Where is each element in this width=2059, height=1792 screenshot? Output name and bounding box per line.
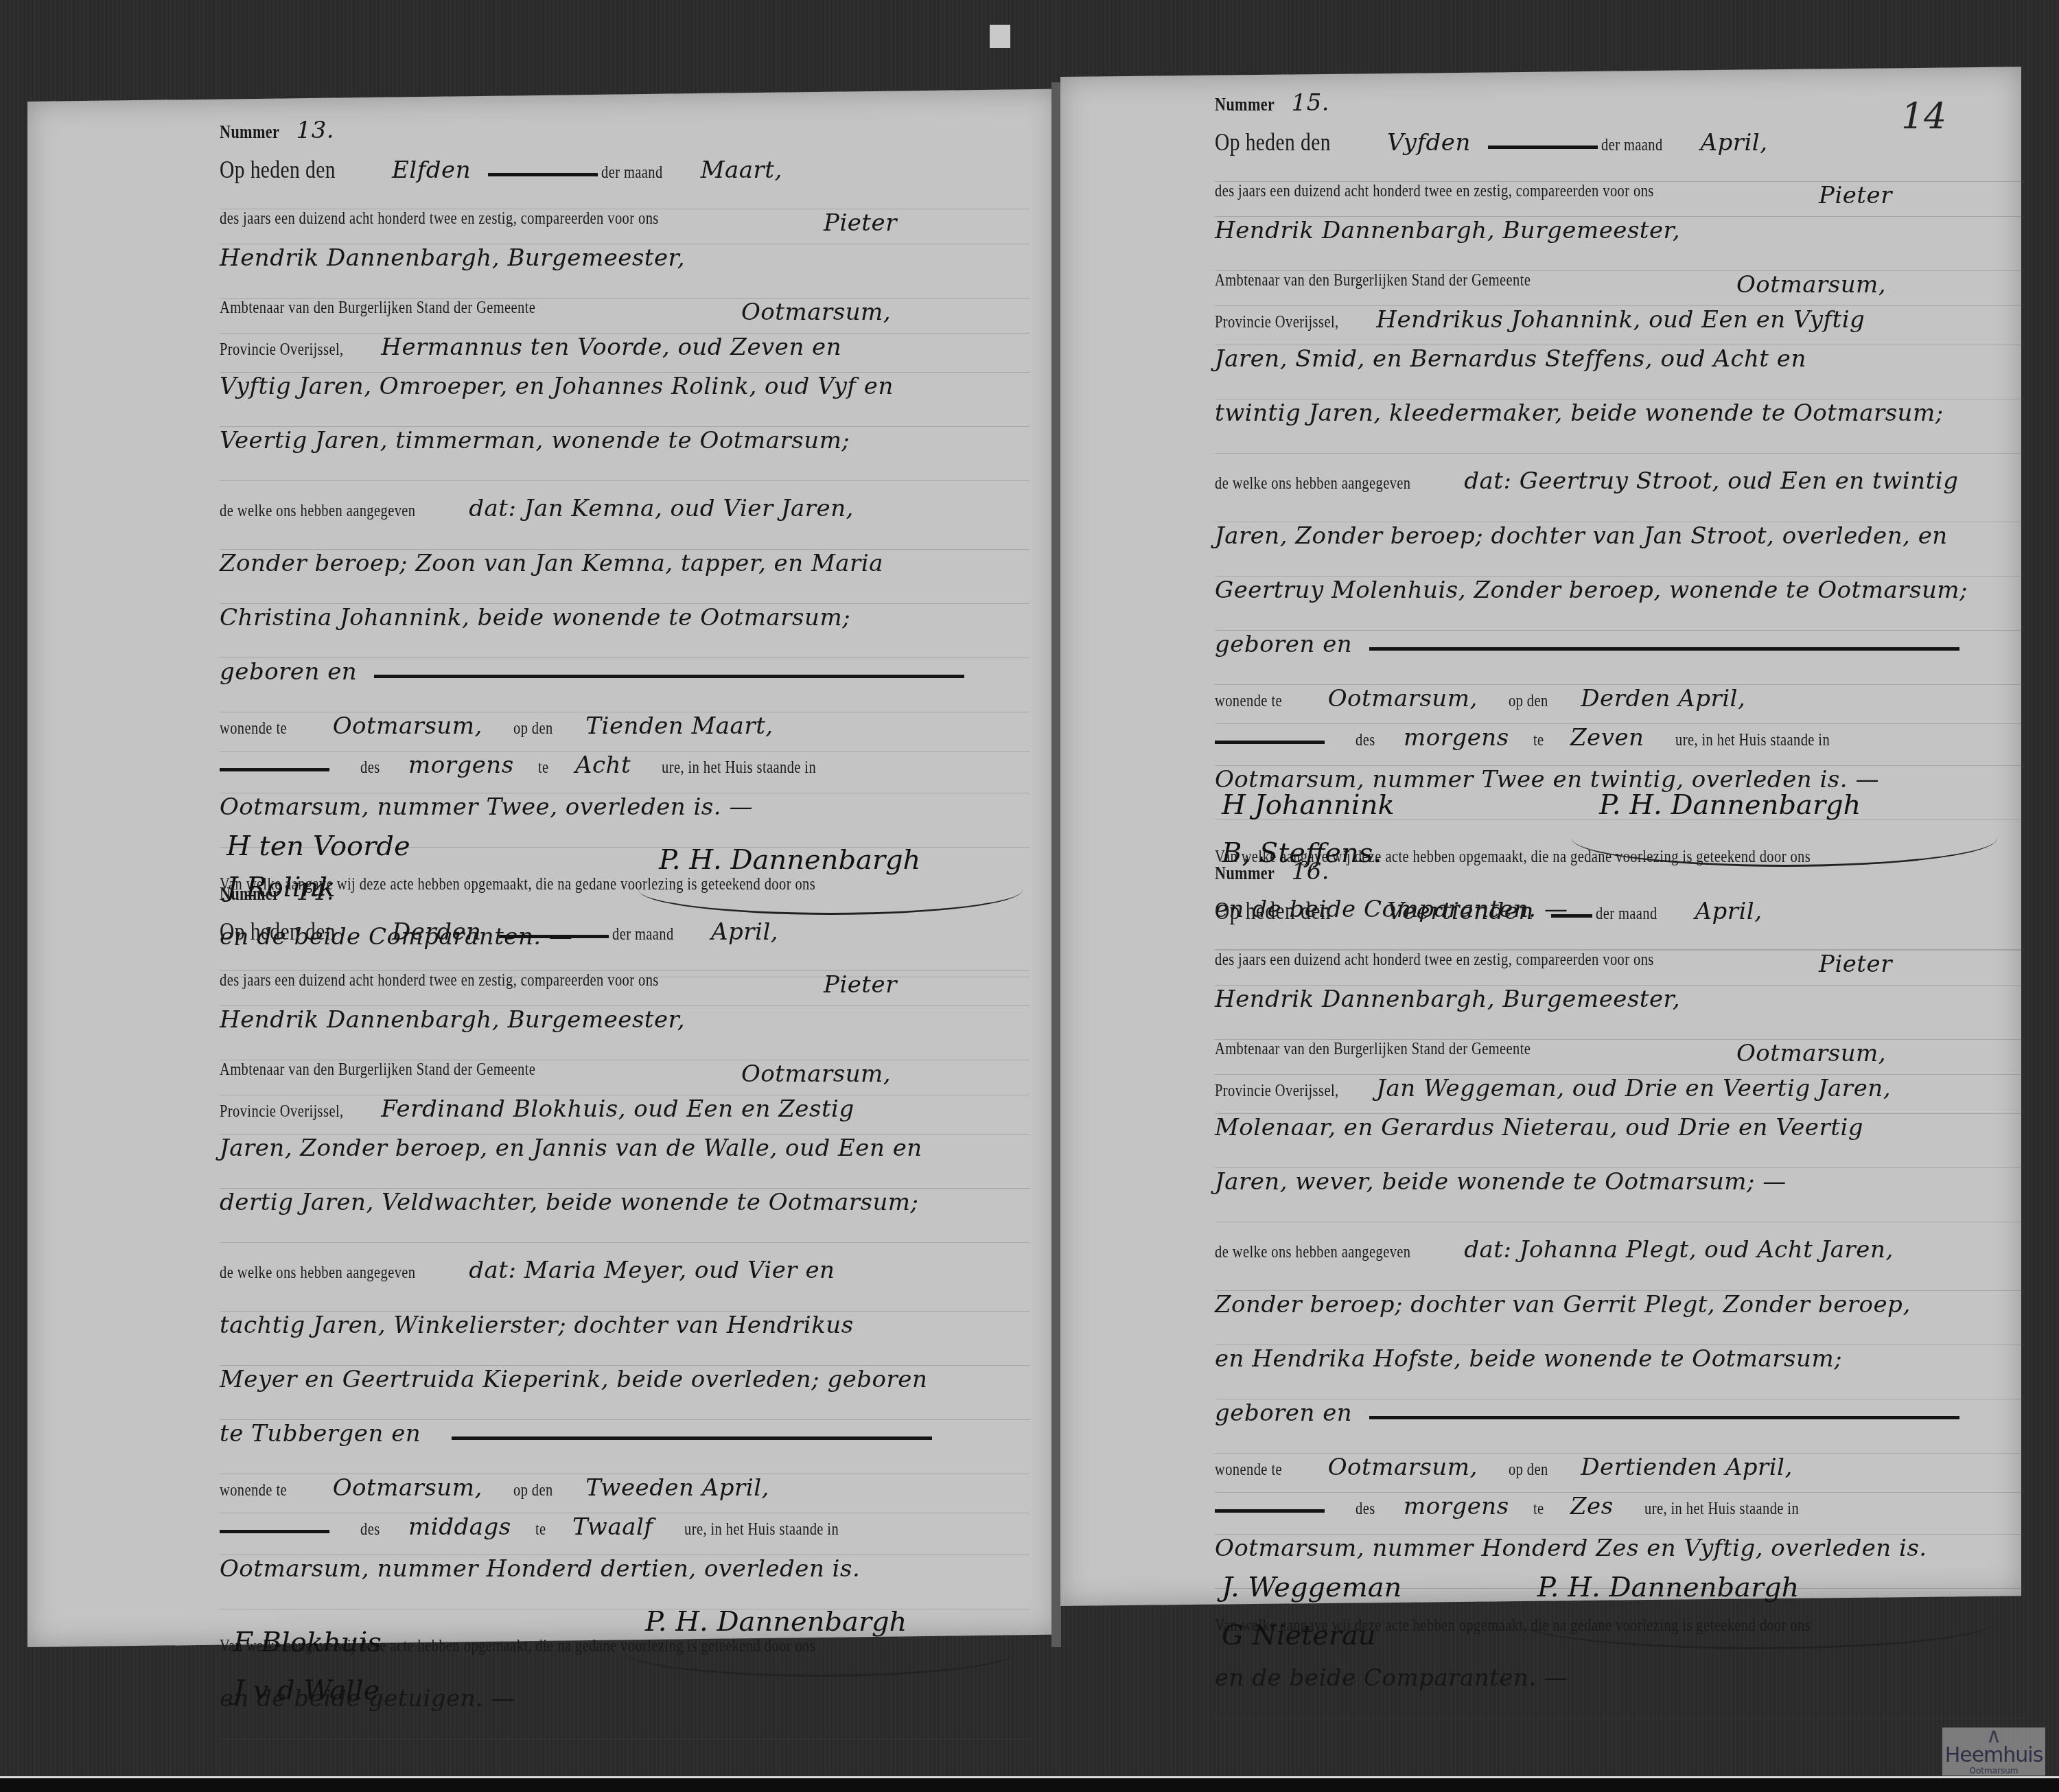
hour-value: Acht <box>575 752 631 779</box>
house-line: Ootmarsum, nummer Honderd Zes en Vyftig,… <box>1215 1535 1927 1562</box>
residence-value: Ootmarsum, <box>1328 685 1478 712</box>
comparant-line-3: dertig Jaren, Veldwachter, beide wonende… <box>220 1189 919 1216</box>
deceased-line-1: dat: Geertruy Stroot, oud Een en twintig <box>1464 467 1958 495</box>
official-line: Hendrik Dannenbargh, Burgemeester, <box>1215 217 1680 244</box>
daypart-value: morgens <box>408 752 514 779</box>
provincie-text: Provincie Overijssel, <box>220 340 344 360</box>
register-tab-marker <box>990 25 1010 48</box>
wonende-label: wonende te <box>220 719 287 738</box>
witness-signature-2: J v d Walle <box>233 1675 380 1706</box>
residence-value: Ootmarsum, <box>1328 1454 1478 1481</box>
official-line: Hendrik Dannenbargh, Burgemeester, <box>1215 986 1680 1013</box>
aangegeven-label: de welke ons hebben aangegeven <box>220 502 416 521</box>
witness-signature-1: F Blokhuis <box>233 1627 382 1658</box>
comparant-line-1: Ferdinand Blokhuis, oud Een en Zestig <box>381 1095 854 1123</box>
ambtenaar-text: Ambtenaar van den Burgerlijken Stand der… <box>1215 271 1531 290</box>
op-heden-label: Op heden den <box>220 917 336 946</box>
record-number: 13. <box>296 117 335 144</box>
day-value: Veertienden <box>1387 898 1534 925</box>
death-date-value: Tienden Maart, <box>585 712 773 740</box>
year-text: des jaars een duizend acht honderd twee … <box>220 209 659 229</box>
op-den-label: op den <box>1509 692 1548 711</box>
op-den-label: op den <box>513 719 553 738</box>
des-label: des <box>1356 731 1375 750</box>
blank-line <box>452 1436 932 1440</box>
op-den-label: op den <box>513 1481 553 1500</box>
der-maand-label: der maand <box>601 163 663 183</box>
official-first-name: Pieter <box>1819 951 1892 978</box>
comparant-line-2: Vyftig Jaren, Omroeper, en Johannes Roli… <box>220 373 894 400</box>
provincie-text: Provincie Overijssel, <box>1215 1082 1339 1101</box>
year-text: des jaars een duizend acht honderd twee … <box>1215 951 1654 970</box>
deceased-line-3: Geertruy Molenhuis, Zonder beroep, wonen… <box>1215 577 1968 604</box>
official-first-name: Pieter <box>824 209 897 237</box>
witness-signature-1: H Johannink <box>1222 789 1395 821</box>
ure-text: ure, in het Huis staande in <box>1675 731 1830 750</box>
comparant-line-3: twintig Jaren, kleedermaker, beide wonen… <box>1215 399 1944 427</box>
blank-line <box>374 675 964 678</box>
blank-line <box>1488 146 1598 149</box>
heemhuis-watermark: ∧ Heemhuis Ootmarsum <box>1942 1727 2045 1776</box>
record-14: Nummer 14. Op heden den Derden der maand… <box>220 878 1029 1739</box>
official-first-name: Pieter <box>1819 182 1892 209</box>
blank-line <box>220 1530 329 1533</box>
provincie-text: Provincie Overijssel, <box>220 1102 344 1121</box>
gemeente-value: Ootmarsum, <box>741 1060 891 1088</box>
comparant-line-2: Jaren, Smid, en Bernardus Steffens, oud … <box>1215 345 1806 373</box>
wonende-label: wonende te <box>220 1481 287 1500</box>
der-maand-label: der maand <box>1596 905 1657 924</box>
watermark-subtitle: Ootmarsum <box>1942 1766 2045 1776</box>
op-heden-label: Op heden den <box>1215 896 1331 925</box>
year-text: des jaars een duizend acht honderd twee … <box>220 971 659 990</box>
comparant-line-1: Jan Weggeman, oud Drie en Veertig Jaren, <box>1376 1075 1891 1102</box>
death-date-value: Tweeden April, <box>585 1474 769 1502</box>
te-label: te <box>1533 731 1544 750</box>
signature-flourish <box>625 1627 1016 1677</box>
blank-line <box>1369 1416 1959 1419</box>
hour-value: Zes <box>1570 1493 1614 1520</box>
daypart-value: morgens <box>1404 1493 1509 1520</box>
day-value: Vyfden <box>1387 129 1471 156</box>
witness-signature-1: H ten Voorde <box>226 830 410 862</box>
geboren-value: te Tubbergen en <box>220 1420 421 1447</box>
blank-line <box>1551 914 1592 918</box>
scan-bottom-edge <box>0 1776 2059 1792</box>
month-value: April, <box>711 918 778 946</box>
death-date-value: Derden April, <box>1581 685 1745 712</box>
witness-signature-2: G Nieterau <box>1222 1620 1376 1651</box>
record-15: Nummer 15. Op heden den Vyfden der maand… <box>1215 89 2025 950</box>
residence-value: Ootmarsum, <box>333 1474 482 1502</box>
ure-text: ure, in het Huis staande in <box>662 758 816 778</box>
der-maand-label: der maand <box>1601 136 1663 155</box>
day-value: Elfden <box>392 156 471 184</box>
record-16: Nummer 16. Op heden den Veertienden der … <box>1215 858 2025 1719</box>
death-date-value: Dertienden April, <box>1581 1454 1792 1481</box>
wonende-label: wonende te <box>1215 1461 1282 1480</box>
comparant-line-3: Veertig Jaren, timmerman, wonende te Oot… <box>220 427 850 454</box>
day-value: Derden <box>392 918 481 946</box>
deceased-line-1: dat: Jan Kemna, oud Vier Jaren, <box>469 495 854 522</box>
comparant-line-2: Molenaar, en Gerardus Nieterau, oud Drie… <box>1215 1114 1863 1141</box>
watermark-name: Heemhuis <box>1942 1745 2045 1766</box>
ure-text: ure, in het Huis staande in <box>684 1520 839 1539</box>
month-value: Maart, <box>701 156 782 184</box>
aangegeven-label: de welke ons hebben aangegeven <box>1215 1243 1411 1262</box>
geboren-value: geboren en <box>1215 1399 1352 1427</box>
te-label: te <box>538 758 549 778</box>
nummer-label: Nummer <box>220 883 279 905</box>
comparant-line-1: Hermannus ten Voorde, oud Zeven en <box>381 334 841 361</box>
geboren-value: geboren en <box>1215 631 1352 658</box>
hour-value: Zeven <box>1570 724 1644 752</box>
der-maand-label: der maand <box>612 925 674 944</box>
ambtenaar-text: Ambtenaar van den Burgerlijken Stand der… <box>220 299 535 318</box>
house-line: Ootmarsum, nummer Honderd dertien, overl… <box>220 1555 860 1583</box>
blank-line <box>1369 647 1959 651</box>
comparant-line-2: Jaren, Zonder beroep, en Jannis van de W… <box>220 1134 922 1162</box>
provincie-text: Provincie Overijssel, <box>1215 313 1339 332</box>
op-den-label: op den <box>1509 1461 1548 1480</box>
deceased-line-1: dat: Maria Meyer, oud Vier en <box>469 1257 835 1284</box>
closing-value: en de beide Comparanten. — <box>1215 1664 1568 1692</box>
wonende-label: wonende te <box>1215 692 1282 711</box>
blank-line <box>220 768 329 771</box>
nummer-label: Nummer <box>1215 863 1275 884</box>
deceased-line-1: dat: Johanna Plegt, oud Acht Jaren, <box>1464 1236 1893 1264</box>
daypart-value: morgens <box>1404 724 1509 752</box>
op-heden-label: Op heden den <box>220 155 336 184</box>
year-text: des jaars een duizend acht honderd twee … <box>1215 182 1654 201</box>
blank-line <box>1215 1509 1325 1513</box>
ure-text: ure, in het Huis staande in <box>1644 1500 1799 1519</box>
official-first-name: Pieter <box>824 971 897 999</box>
deceased-line-2: Jaren, Zonder beroep; dochter van Jan St… <box>1215 522 1948 550</box>
deceased-line-2: Zonder beroep; Zoon van Jan Kemna, tappe… <box>220 550 883 577</box>
blank-line <box>1215 741 1325 744</box>
month-value: April, <box>1695 898 1762 925</box>
record-number: 15. <box>1292 89 1330 117</box>
official-line: Hendrik Dannenbargh, Burgemeester, <box>220 244 685 272</box>
residence-value: Ootmarsum, <box>333 712 482 740</box>
page-gutter <box>1051 82 1061 1647</box>
ambtenaar-text: Ambtenaar van den Burgerlijken Stand der… <box>1215 1040 1531 1059</box>
aangegeven-label: de welke ons hebben aangegeven <box>1215 474 1411 493</box>
witness-signature-1: J. Weggeman <box>1222 1572 1401 1603</box>
nummer-label: Nummer <box>1215 94 1275 115</box>
deceased-line-3: Meyer en Geertruida Kieperink, beide ove… <box>220 1366 927 1393</box>
blank-line <box>488 173 598 176</box>
comparant-line-3: Jaren, wever, beide wonende te Ootmarsum… <box>1215 1168 1787 1196</box>
gemeente-value: Ootmarsum, <box>741 299 891 326</box>
deceased-line-2: tachtig Jaren, Winkelierster; dochter va… <box>220 1312 854 1339</box>
ambtenaar-text: Ambtenaar van den Burgerlijken Stand der… <box>220 1060 535 1080</box>
des-label: des <box>360 758 380 778</box>
te-label: te <box>535 1520 546 1539</box>
op-heden-label: Op heden den <box>1215 128 1331 156</box>
geboren-value: geboren en <box>220 658 357 686</box>
house-line: Ootmarsum, nummer Twee, overleden is. — <box>220 793 753 821</box>
record-13: Nummer 13. Op heden den Elfden der maand… <box>220 117 1029 977</box>
month-value: April, <box>1700 129 1767 156</box>
hour-value: Twaalf <box>572 1513 653 1541</box>
gemeente-value: Ootmarsum, <box>1736 1040 1886 1067</box>
nummer-label: Nummer <box>220 121 279 143</box>
aangegeven-label: de welke ons hebben aangegeven <box>220 1264 416 1283</box>
des-label: des <box>360 1520 380 1539</box>
des-label: des <box>1356 1500 1375 1519</box>
gemeente-value: Ootmarsum, <box>1736 271 1886 299</box>
comparant-line-1: Hendrikus Johannink, oud Een en Vyftig <box>1376 306 1865 334</box>
deceased-line-2: Zonder beroep; dochter van Gerrit Plegt,… <box>1215 1291 1911 1318</box>
record-number: 14. <box>296 878 335 906</box>
official-line: Hendrik Dannenbargh, Burgemeester, <box>220 1006 685 1034</box>
daypart-value: middags <box>408 1513 511 1541</box>
deceased-line-3: Christina Johannink, beide wonende te Oo… <box>220 604 850 631</box>
blank-line <box>499 935 609 938</box>
record-number: 16. <box>1292 858 1330 885</box>
signature-flourish <box>1517 1592 1997 1649</box>
deceased-line-3: en Hendrika Hofste, beide wonende te Oot… <box>1215 1345 1842 1373</box>
te-label: te <box>1533 1500 1544 1519</box>
